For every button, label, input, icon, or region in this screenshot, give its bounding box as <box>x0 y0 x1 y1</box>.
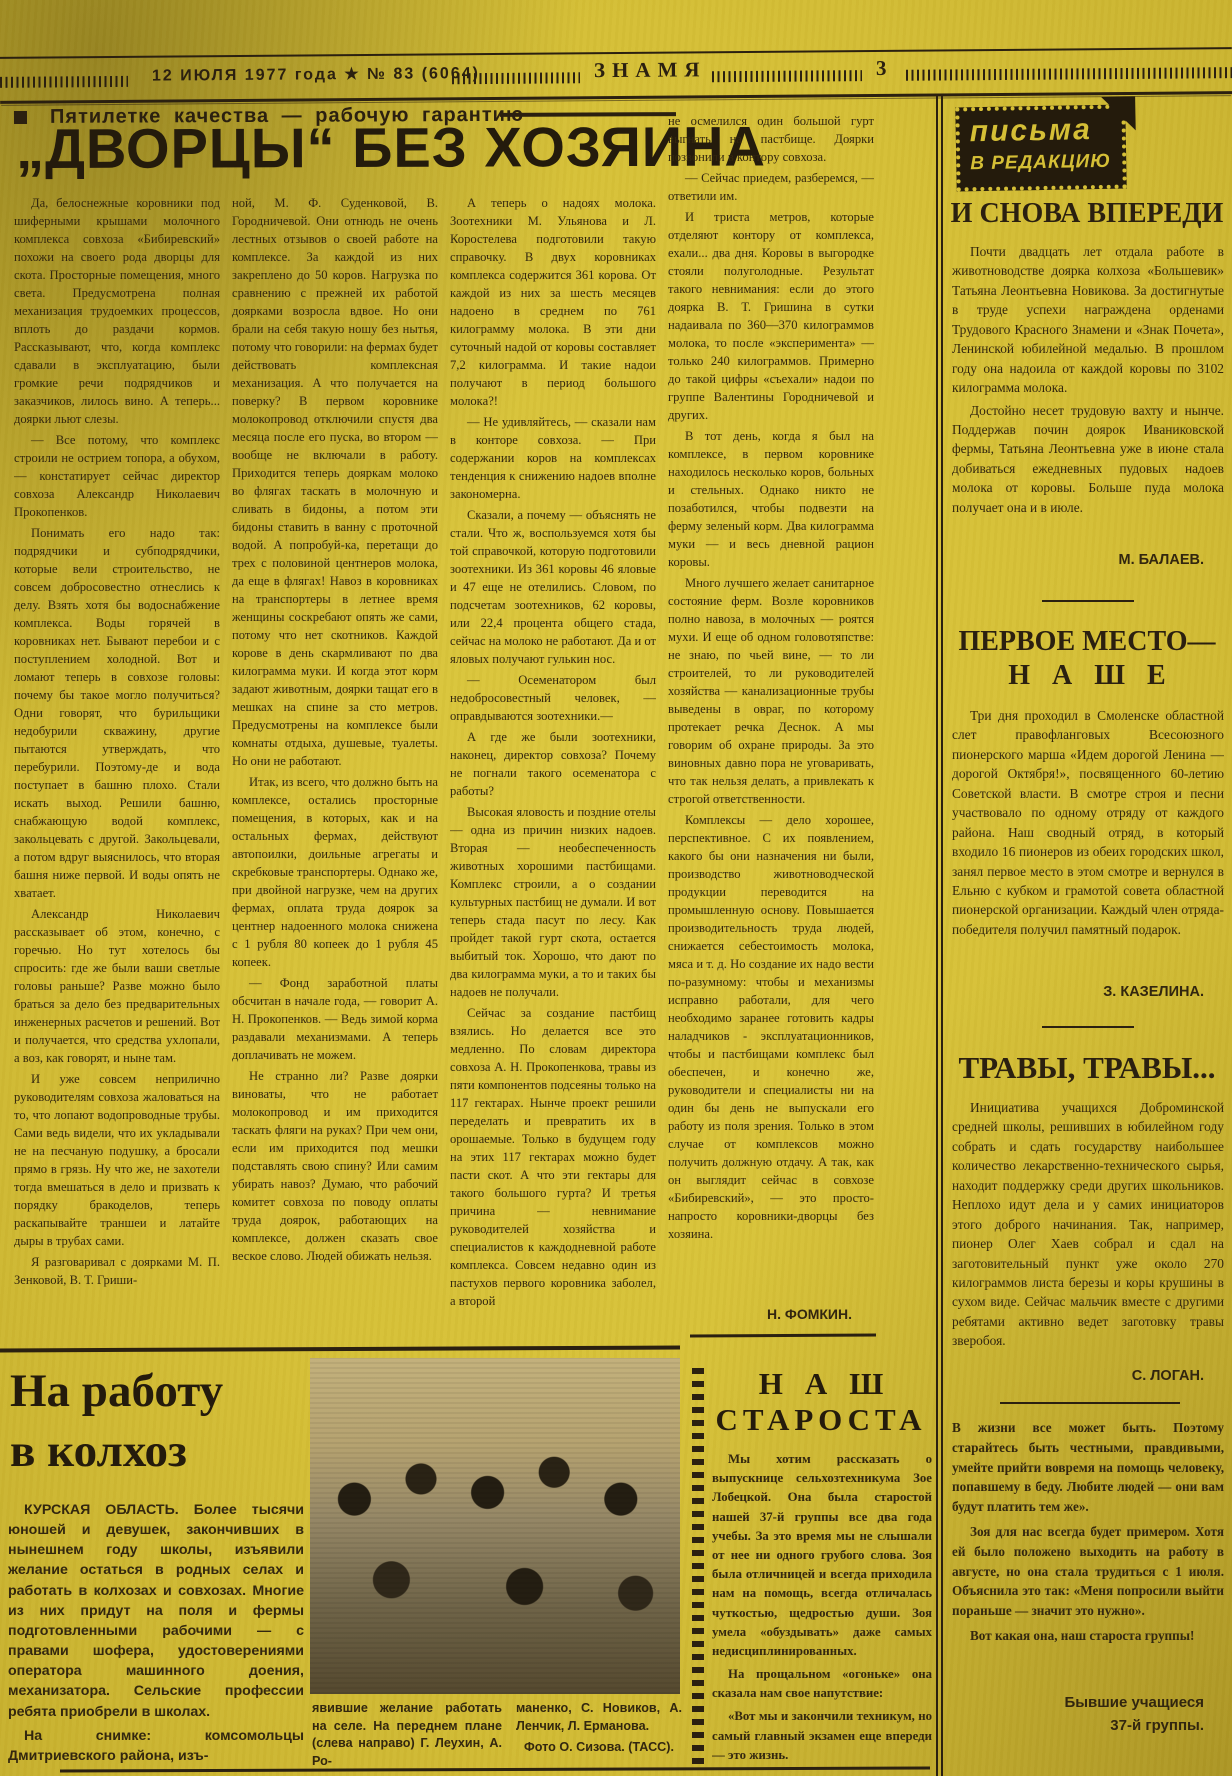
photo-caption-left: явившие желание работать на селе. На пер… <box>312 1700 502 1772</box>
caption-text: маненко, С. Новиков, А. Ленчик, Л. Ерман… <box>516 1700 682 1735</box>
paragraph: Почти двадцать лет отдала работе в живот… <box>952 242 1224 398</box>
starosta-title-line2: СТАРОСТА <box>712 1402 930 1438</box>
signature-line2: 37-й группы. <box>952 1715 1204 1738</box>
paragraph: Сейчас за создание пастбищ взялись. Но д… <box>450 1004 656 1310</box>
section-divider-rule <box>0 1346 680 1353</box>
paragraph: Я разговаривал с доярками М. П. Зенковой… <box>14 1253 220 1289</box>
paragraph: Александр Николаевич рассказывает об это… <box>14 905 220 1067</box>
sidebar-article-title: ПЕРВОЕ МЕСТО— <box>948 626 1226 658</box>
hatch-decoration <box>0 76 128 88</box>
kolkhoz-body: КУРСКАЯ ОБЛАСТЬ. Более тысячи юношей и д… <box>8 1500 304 1772</box>
masthead-date-issue: 12 ИЮЛЯ 1977 года ★ № 83 (6064) <box>152 63 480 86</box>
paragraph: Мы хотим рассказать о выпускнице сельхоз… <box>712 1450 932 1661</box>
paragraph: — Сейчас приедем, разберемся, — ответили… <box>668 169 874 205</box>
paragraph: Вот какая она, наш староста группы! <box>952 1626 1224 1646</box>
paragraph: Инициатива учащихся Доброминской средней… <box>952 1098 1224 1351</box>
vertical-double-rule <box>936 95 943 1776</box>
paragraph: — Все потому, что комплекс строили не ос… <box>14 431 220 521</box>
separator-rule <box>1042 600 1134 602</box>
sidebar-article-body: Три дня проходил в Смоленске областной с… <box>952 706 1224 978</box>
masthead-bottom-rule <box>0 91 1232 104</box>
paragraph: Сказали, а почему — объяснять не стали. … <box>450 506 656 668</box>
paragraph: КУРСКАЯ ОБЛАСТЬ. Более тысячи юношей и д… <box>8 1500 304 1722</box>
page-number: 3 <box>876 56 887 81</box>
article-column-2: ной, М. Ф. Суденковой, В. Городничевой. … <box>232 194 438 1340</box>
paragraph: «Вот мы и закончили техникум, но самый г… <box>712 1707 932 1765</box>
sidebar-article-signature: С. ЛОГАН. <box>952 1368 1204 1384</box>
paragraph: ной, М. Ф. Суденковой, В. Городничевой. … <box>232 194 438 770</box>
starosta-title-line1: НАШ <box>712 1366 930 1402</box>
perforation-strip <box>692 1368 704 1770</box>
photo-credit: Фото О. Сизова. (ТАСС). <box>516 1739 682 1757</box>
paragraph: И триста метров, которые отделяют контор… <box>668 208 874 424</box>
starosta-continuation: В жизни все может быть. Поэтому старайте… <box>952 1418 1224 1682</box>
newspaper-page: 12 ИЮЛЯ 1977 года ★ № 83 (6064) ЗНАМЯ 3 … <box>0 0 1232 1776</box>
masthead: 12 ИЮЛЯ 1977 года ★ № 83 (6064) ЗНАМЯ 3 <box>0 47 1232 109</box>
paragraph: И уже совсем неприлично руководителям со… <box>14 1070 220 1250</box>
paragraph: — Фонд заработной платы обсчитан в начал… <box>232 974 438 1064</box>
sidebar-article-title: И СНОВА ВПЕРЕДИ <box>948 198 1226 230</box>
stamp-corner-fold <box>1101 96 1136 131</box>
newspaper-title: ЗНАМЯ <box>594 57 707 83</box>
paragraph: Три дня проходил в Смоленске областной с… <box>952 706 1224 939</box>
paragraph: Не странно ли? Разве доярки виноваты, чт… <box>232 1067 438 1265</box>
separator-rule <box>1042 1026 1134 1028</box>
stamp-label-line1: письма <box>969 113 1092 149</box>
hatch-decoration <box>906 67 1232 81</box>
separator-rule <box>1000 1402 1180 1404</box>
starosta-body: Мы хотим рассказать о выпускнице сельхоз… <box>712 1450 932 1772</box>
sidebar-article-body: Почти двадцать лет отдала работе в живот… <box>952 242 1224 550</box>
article-end-rule <box>690 1334 876 1338</box>
paragraph: В жизни все может быть. Поэтому старайте… <box>952 1418 1224 1517</box>
kolkhoz-title-line1: На работу <box>10 1368 310 1415</box>
sidebar-article-title-line2: НАШЕ <box>948 660 1226 692</box>
signature-line1: Бывшие учащиеся <box>952 1692 1204 1715</box>
paragraph: — Осеменатором был недобросовестный чело… <box>450 671 656 725</box>
paragraph: На снимке: комсомольцы Дмитриевского рай… <box>8 1726 304 1766</box>
letters-to-editor-stamp: письма В РЕДАКЦИЮ <box>955 105 1126 192</box>
paragraph: На прощальном «огоньке» она сказала нам … <box>712 1665 932 1703</box>
paragraph: Достойно несет трудовую вахту и нынче. П… <box>952 401 1224 518</box>
sidebar-article-body: Инициатива учащихся Доброминской средней… <box>952 1098 1224 1366</box>
paragraph: не осмелился один большой гурт выгнать н… <box>668 112 874 166</box>
caption-text: явившие желание работать на селе. На пер… <box>312 1700 502 1771</box>
paragraph: Зоя для нас всегда будет примером. Хотя … <box>952 1522 1224 1621</box>
hatch-decoration <box>452 72 580 84</box>
photo-caption-right: маненко, С. Новиков, А. Ленчик, Л. Ерман… <box>516 1700 682 1772</box>
paragraph: Высокая яловость и поздние отелы — одна … <box>450 803 656 1001</box>
article-column-3: А теперь о надоях молока. Зоотехники М. … <box>450 194 656 1340</box>
article-signature: Н. ФОМКИН. <box>668 1306 874 1322</box>
group-photo <box>310 1358 680 1694</box>
paragraph: А где же были зоотехники, наконец, дирек… <box>450 728 656 800</box>
sidebar-article-signature: М. БАЛАЕВ. <box>952 552 1204 568</box>
sidebar-article-title: ТРАВЫ, ТРАВЫ... <box>948 1050 1226 1086</box>
paragraph: А теперь о надоях молока. Зоотехники М. … <box>450 194 656 410</box>
main-headline: „ДВОРЦЫ“ БЕЗ ХОЗЯИНА <box>16 119 668 177</box>
paragraph: Понимать его надо так: подрядчики и субп… <box>14 524 220 902</box>
paragraph: Итак, из всего, что должно быть на компл… <box>232 773 438 971</box>
star-icon: ★ <box>344 66 360 83</box>
hatch-decoration <box>712 70 862 82</box>
starosta-signature: Бывшие учащиеся 37-й группы. <box>952 1692 1204 1737</box>
paragraph: Да, белоснежные коровники под шиферными … <box>14 194 220 428</box>
paragraph: Комплексы — дело хорошее, перспективное.… <box>668 811 874 1243</box>
article-column-4: не осмелился один большой гурт выгнать н… <box>668 112 874 1308</box>
paragraph: Много лучшего желает санитарное состояни… <box>668 574 874 808</box>
kolkhoz-title-line2: в колхоз <box>10 1428 310 1475</box>
paragraph: — Не удивляйтесь, — сказали нам в контор… <box>450 413 656 503</box>
issue-date: 12 ИЮЛЯ 1977 года <box>152 66 338 84</box>
sidebar-article-signature: З. КАЗЕЛИНА. <box>952 984 1204 1000</box>
article-column-1: Да, белоснежные коровники под шиферными … <box>14 194 220 1340</box>
paragraph: В тот день, когда я был на комплексе, в … <box>668 427 874 571</box>
stamp-label-line2: В РЕДАКЦИЮ <box>970 151 1111 175</box>
